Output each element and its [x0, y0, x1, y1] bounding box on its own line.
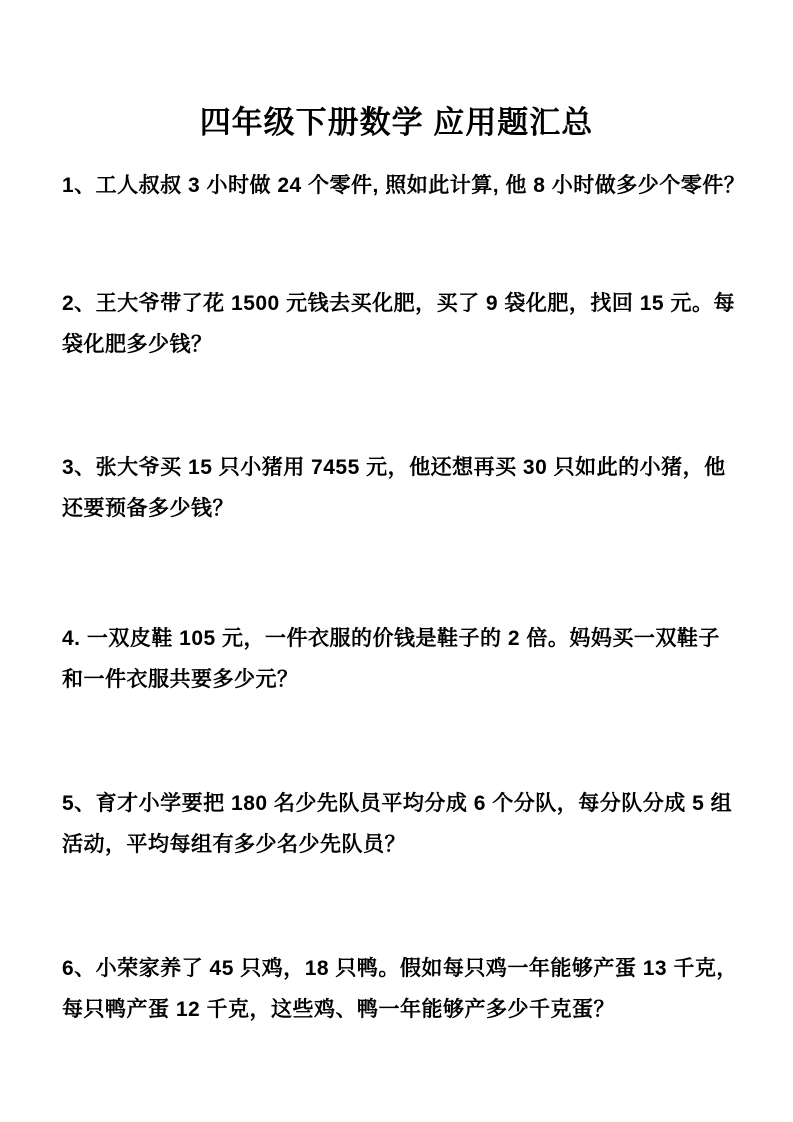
worksheet-page: 四年级下册数学 应用题汇总 1、工人叔叔 3 小时做 24 个零件, 照如此计算… [0, 0, 793, 1122]
question-4: 4. 一双皮鞋 105 元，一件衣服的价钱是鞋子的 2 倍。妈妈买一双鞋子 和一… [62, 618, 732, 700]
question-5-line-1: 5、育才小学要把 180 名少先队员平均分成 6 个分队，每分队分成 5 组 [62, 783, 732, 824]
question-6-line-1: 6、小荣家养了 45 只鸡，18 只鸭。假如每只鸡一年能够产蛋 13 千克， [62, 948, 732, 989]
question-3-line-2: 还要预备多少钱？ [62, 488, 732, 529]
question-5-line-2: 活动，平均每组有多少名少先队员？ [62, 824, 732, 865]
question-4-line-1: 4. 一双皮鞋 105 元，一件衣服的价钱是鞋子的 2 倍。妈妈买一双鞋子 [62, 618, 732, 659]
question-3-line-1: 3、张大爷买 15 只小猪用 7455 元，他还想再买 30 只如此的小猪，他 [62, 447, 732, 488]
question-1-line-1: 1、工人叔叔 3 小时做 24 个零件, 照如此计算, 他 8 小时做多少个零件… [62, 165, 732, 206]
question-3: 3、张大爷买 15 只小猪用 7455 元，他还想再买 30 只如此的小猪，他 … [62, 447, 732, 529]
question-6-line-2: 每只鸭产蛋 12 千克，这些鸡、鸭一年能够产多少千克蛋？ [62, 989, 732, 1030]
question-6: 6、小荣家养了 45 只鸡，18 只鸭。假如每只鸡一年能够产蛋 13 千克， 每… [62, 948, 732, 1030]
question-4-line-2: 和一件衣服共要多少元？ [62, 659, 732, 700]
question-5: 5、育才小学要把 180 名少先队员平均分成 6 个分队，每分队分成 5 组 活… [62, 783, 732, 865]
question-2-line-1: 2、王大爷带了花 1500 元钱去买化肥，买了 9 袋化肥，找回 15 元。每 [62, 283, 732, 324]
question-2-line-2: 袋化肥多少钱？ [62, 324, 732, 365]
question-1: 1、工人叔叔 3 小时做 24 个零件, 照如此计算, 他 8 小时做多少个零件… [62, 165, 732, 206]
question-2: 2、王大爷带了花 1500 元钱去买化肥，买了 9 袋化肥，找回 15 元。每 … [62, 283, 732, 365]
page-title: 四年级下册数学 应用题汇总 [0, 100, 793, 146]
